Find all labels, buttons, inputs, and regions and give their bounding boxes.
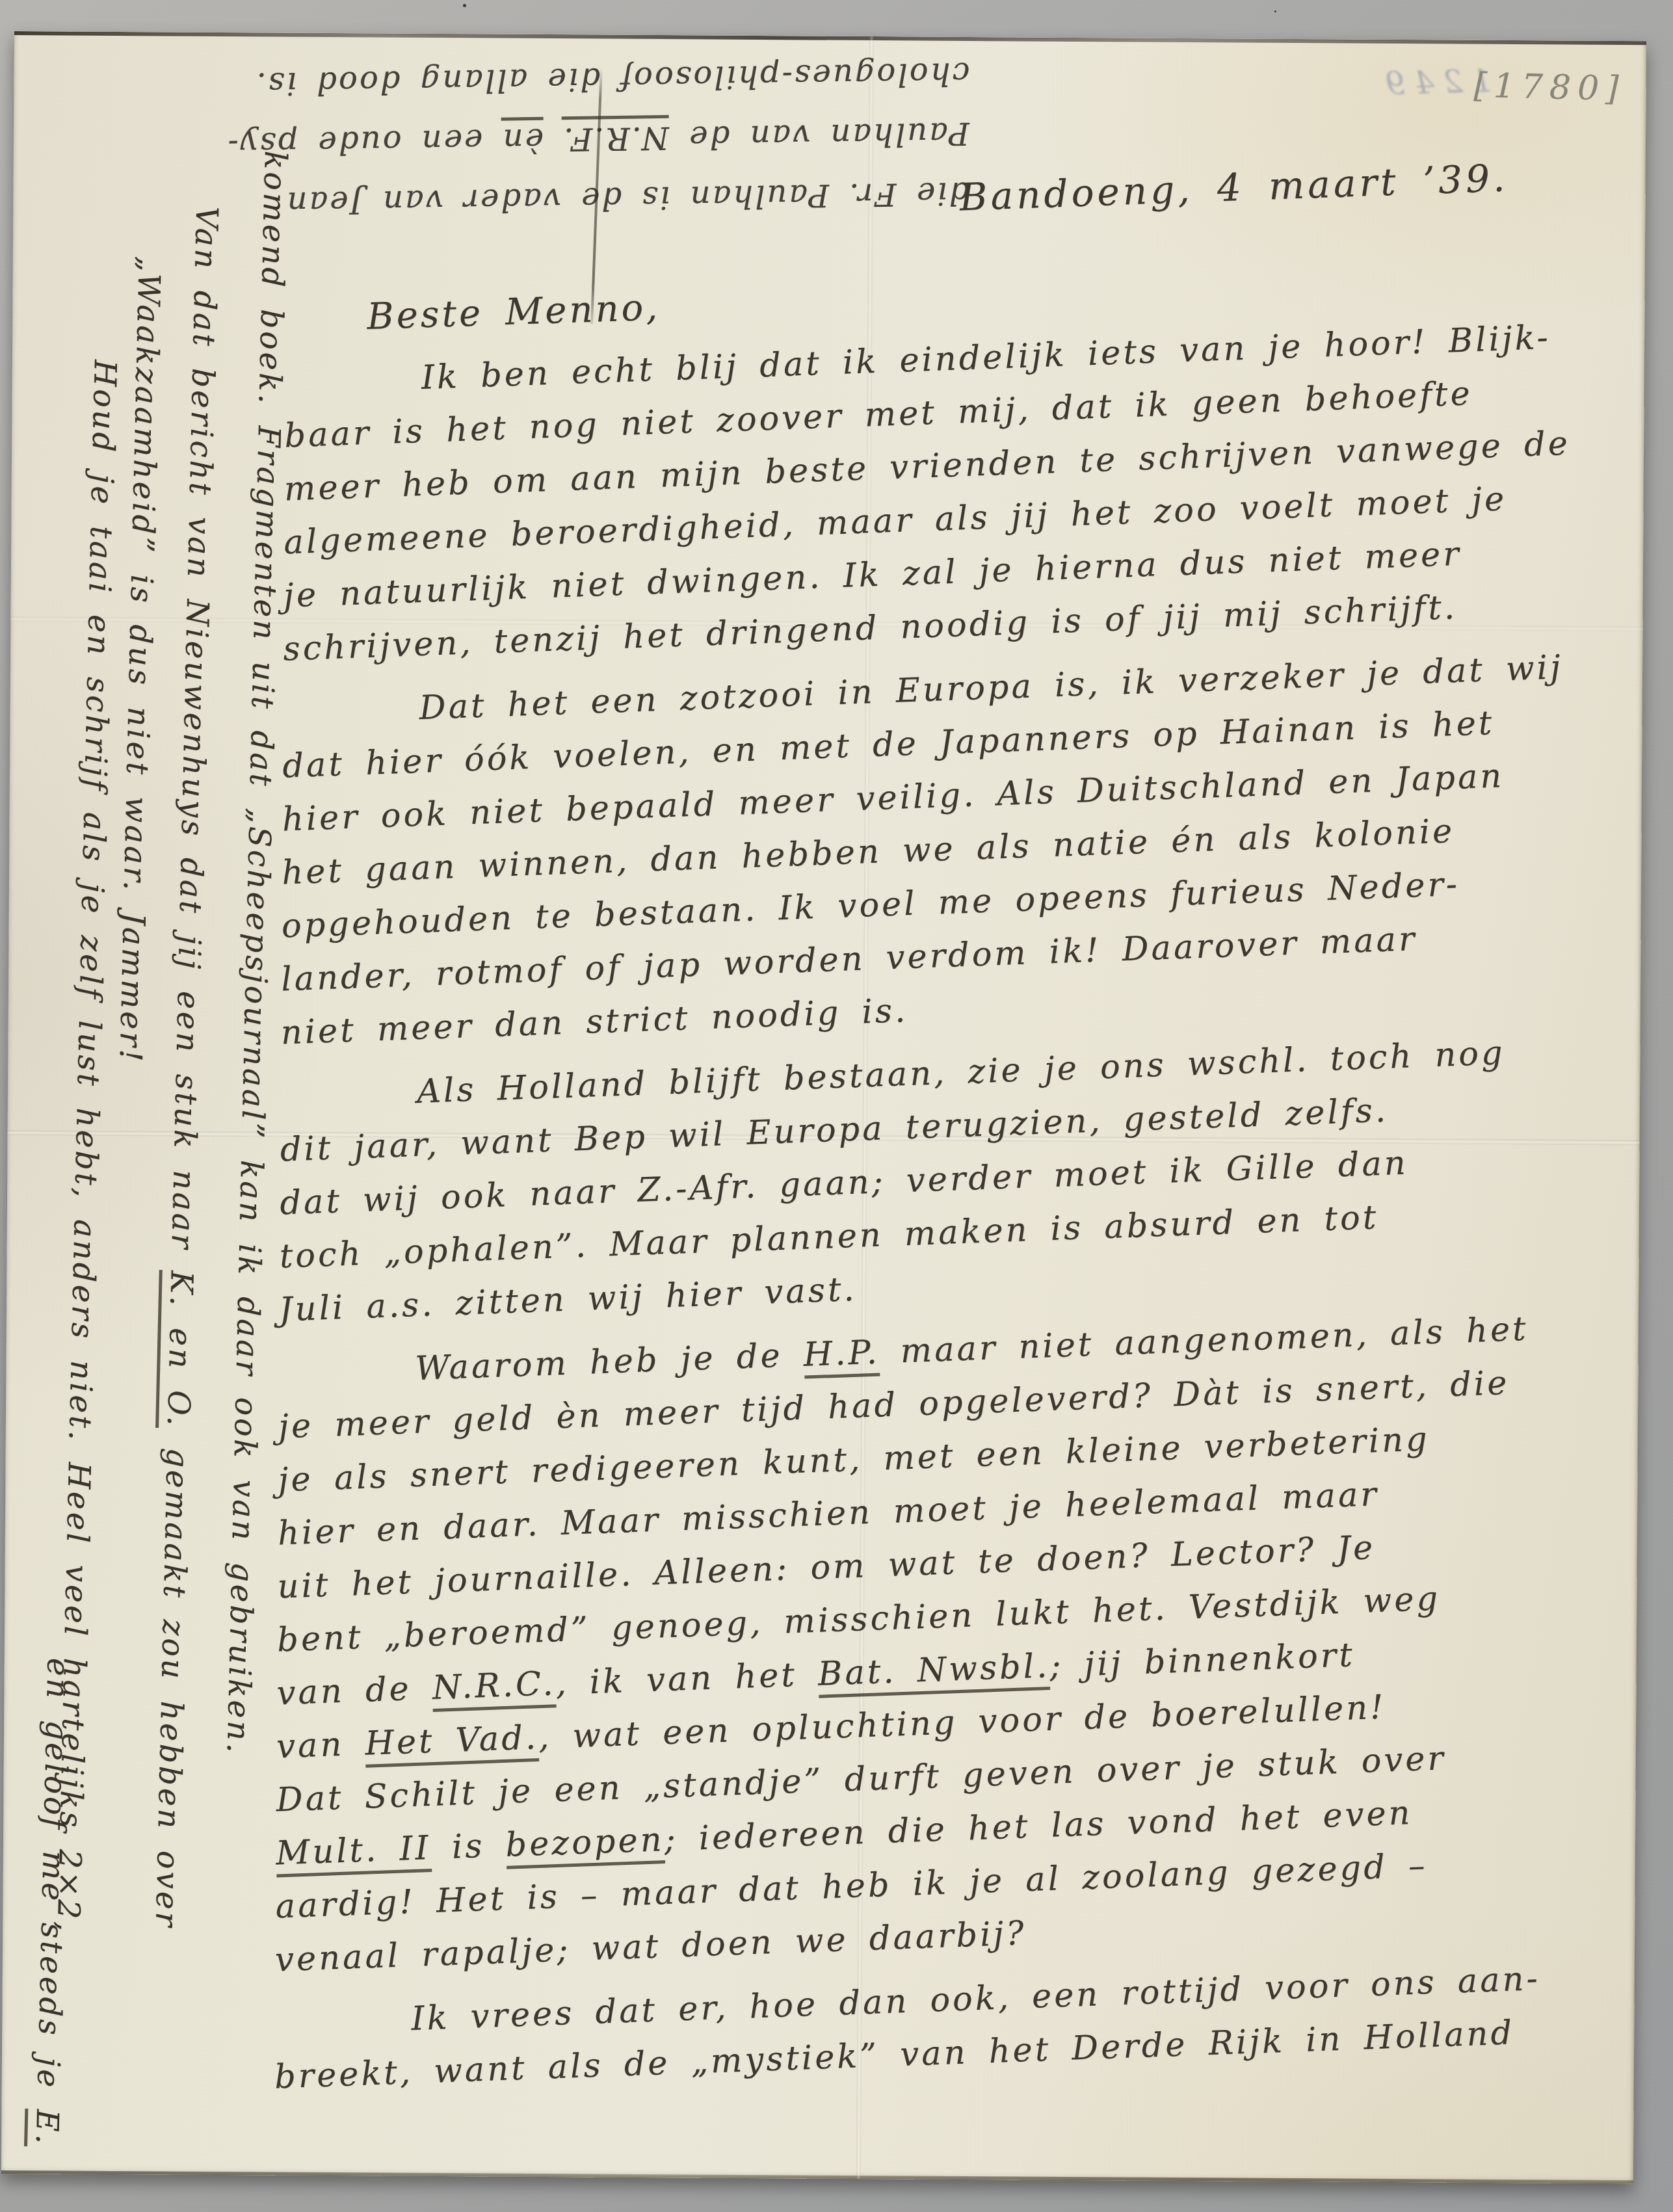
underlined-text: N.R.F.	[562, 115, 670, 157]
margin-note-5: en geloof me steeds je E.	[26, 1657, 78, 2147]
text-run: Van dat bericht van Nieuwenhuys dat jij …	[164, 206, 225, 1271]
underlined-text: èn	[501, 117, 544, 159]
archive-number: [1780]	[1473, 66, 1626, 109]
text-run: Waarom heb je de	[414, 1336, 804, 1388]
paragraph: Ik ben echt blij dat ik eindelijk iets v…	[283, 357, 1572, 685]
letter-paper: ​ die Fr. Paulhan is de vader van Jean P…	[1, 31, 1646, 2183]
text-run: gemaakt zou hebben over	[148, 1428, 196, 1930]
underlined-text: Bat. Nwsbl.	[817, 1647, 1051, 1698]
underlined-text: Mult. II	[275, 1829, 432, 1877]
text-run	[544, 121, 562, 157]
scanner-background: ​ die Fr. Paulhan is de vader van Jean P…	[0, 0, 1673, 2212]
text-run: en geloof me steeds je	[29, 1657, 75, 2109]
text-run: die Fr. Paulhan is de vader van Jean	[285, 175, 969, 222]
underlined-text: Het Vad.	[364, 1718, 539, 1768]
text-run: ; jij binnenkort	[1049, 1636, 1356, 1685]
underlined-text: H.P.	[803, 1333, 880, 1378]
underlined-text: bezopen	[505, 1821, 665, 1869]
letter-body: Ik ben echt blij dat ik eindelijk iets v…	[274, 357, 1572, 2123]
dust-speck	[463, 4, 466, 7]
paragraph: Ik vrees dat er, hoe dan ook, een rottij…	[275, 1998, 1562, 2113]
underlined-text: N.R.C.	[432, 1665, 557, 1712]
text-run: chologues-philosoof die allang dood is.	[254, 55, 970, 102]
text-run: Paulhan van de	[669, 115, 970, 156]
underlined-text: K. en O.	[155, 1270, 200, 1429]
paragraph: Dat het een zotzooi in Europa is, ik ver…	[281, 687, 1570, 1068]
dust-speck	[1274, 10, 1276, 12]
text-run: , ik van het	[555, 1655, 819, 1703]
text-run: van	[276, 1725, 365, 1767]
salutation: Beste Menno,	[366, 286, 660, 338]
paragraph: Waarom heb je de H.P. maar niet aangenom…	[276, 1348, 1566, 1995]
paragraph: Als Holland blijft bestaan, zie je ons w…	[280, 1071, 1568, 1345]
paper-edge-bottom	[1, 2170, 1633, 2183]
top-margin-note: die Fr. Paulhan is de vader van Jean Pau…	[39, 38, 970, 223]
dateline: Bandoeng, 4 maart ’39.	[959, 155, 1509, 219]
underlined-text: E.	[24, 2109, 65, 2147]
text-run: van de	[276, 1669, 433, 1713]
text-run: is	[430, 1826, 507, 1867]
